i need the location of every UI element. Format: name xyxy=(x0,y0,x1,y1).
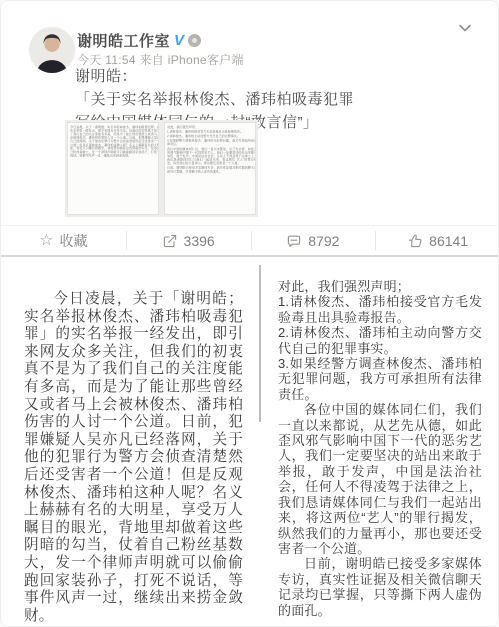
repost-count: 3396 xyxy=(184,233,215,249)
action-bar: ☆ 收藏 3396 8792 86141 xyxy=(1,225,499,257)
thumb-right-text: 对此，我们强烈声明； xyxy=(167,125,256,129)
comment-count: 8792 xyxy=(308,233,339,249)
letter-thumbnail-page-left: 今日凌晨，关于「谢明皓；实名举报林俊杰、潘玮柏吸毒犯罪」的实名举报一经发出，即引… xyxy=(67,122,159,215)
letter-closing-paragraph: 日前，谢明皓已接受多家媒体专访，真实性证据及相关微信聊天记录均已掌握，只等撕下两… xyxy=(278,556,482,618)
star-icon: ☆ xyxy=(39,233,53,249)
like-button[interactable]: 86141 xyxy=(375,226,499,255)
avatar-portrait xyxy=(29,27,75,73)
letter-right-column: 对此，我们强烈声明； 1.请林俊杰、潘玮柏接受官方毛发验毒且出具验毒报告。 2.… xyxy=(278,279,482,618)
letter-left-paragraph: 今日凌晨，关于「谢明皓；实名举报林俊杰、潘玮柏吸毒犯罪」的实名举报一经发出，即引… xyxy=(24,291,243,625)
thumb-right-text: 2.请林俊杰、潘玮柏主动向警方交代自己的犯罪事实。 xyxy=(167,134,256,138)
thumb-left-text: 今日凌晨，关于「谢明皓；实名举报林俊杰、潘玮柏吸毒犯罪」的实名举报一经发出，即引… xyxy=(70,125,159,157)
letter-statement-header: 对此，我们强烈声明； xyxy=(278,279,482,294)
letter-appeal-paragraph: 各位中国的媒体同仁们，我们一直以来都说，从艺先从德，如此歪风邪气影响中国下一代的… xyxy=(278,402,482,556)
letter-left-column: 今日凌晨，关于「谢明皓；实名举报林俊杰、潘玮柏吸毒犯罪」的实名举报一经发出，即引… xyxy=(24,291,243,625)
column-divider xyxy=(259,265,261,422)
post-text-line: 「关于实名举报林俊杰、潘玮柏吸毒犯罪 xyxy=(75,88,475,111)
favorite-label: 收藏 xyxy=(60,231,88,251)
author-name[interactable]: 谢明皓工作室 xyxy=(77,30,170,51)
like-count: 86141 xyxy=(429,233,468,249)
letter-body-section: 今日凌晨，关于「谢明皓；实名举报林俊杰、潘玮柏吸毒犯罪」的实名举报一经发出，即引… xyxy=(1,263,499,627)
letter-demand-1: 1.请林俊杰、潘玮柏接受官方毛发验毒且出具验毒报告。 xyxy=(278,294,482,325)
letter-thumbnail-page-right: 对此，我们强烈声明； 1.请林俊杰、潘玮柏接受官方毛发验毒且出具验毒报告。 2.… xyxy=(164,122,256,215)
thumb-right-text: 各位中国的媒体同仁们，我们一直以来都说，从艺先从德，如此歪风邪气影响中国下一代的… xyxy=(167,147,256,165)
thumb-right-text: 日前，谢明皓已接受多家媒体专访，真实性证据及相关微信聊天记录均已掌握，只等撕下两… xyxy=(167,166,256,173)
letter-demand-2: 2.请林俊杰、潘玮柏主动向警方交代自己的犯罪事实。 xyxy=(278,325,482,356)
verified-v-badge: V xyxy=(174,33,184,48)
letter-photo-thumbnail[interactable]: 今日凌晨，关于「谢明皓；实名举报林俊杰、潘玮柏吸毒犯罪」的实名举报一经发出，即引… xyxy=(65,120,258,217)
letter-demand-3: 3.如果经警方调查林俊杰、潘玮柏无犯罪问题，我方可承担所有法律责任。 xyxy=(278,356,482,402)
thumbs-up-icon xyxy=(407,233,423,249)
avatar[interactable] xyxy=(29,27,75,73)
comment-bubble-icon xyxy=(286,233,302,249)
comment-button[interactable]: 8792 xyxy=(251,226,376,255)
weibo-post-screen: 谢明皓工作室 V 今天 11:54 来自 iPhone客户端 谢明皓： 「关于实… xyxy=(0,0,499,627)
favorite-button[interactable]: ☆ 收藏 xyxy=(1,226,126,255)
chevron-down-icon[interactable] xyxy=(456,19,474,37)
repost-share-icon xyxy=(162,233,178,249)
post-text-line: 谢明皓： xyxy=(75,65,475,88)
member-medal-icon xyxy=(188,34,201,47)
repost-button[interactable]: 3396 xyxy=(126,226,251,255)
thumb-right-text: 3.如果经警方调查林俊杰、潘玮柏无犯罪问题，我方可承担所有法律责任。 xyxy=(167,139,256,146)
thumb-right-text: 1.请林俊杰、潘玮柏接受官方毛发验毒且出具验毒报告。 xyxy=(167,130,256,134)
